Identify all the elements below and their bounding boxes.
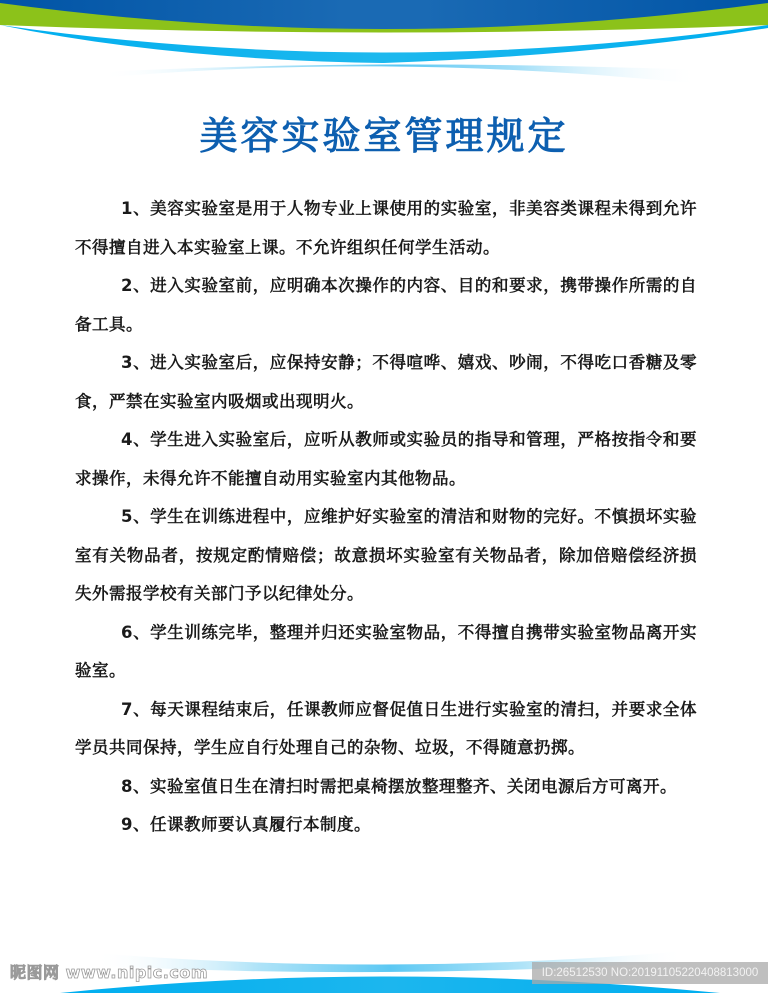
rule-item-2: 2、进入实验室前，应明确本次操作的内容、目的和要求，携带操作所需的自备工具。: [75, 267, 697, 344]
header-wave-decoration: [0, 0, 768, 100]
rule-item-3: 3、进入实验室后，应保持安静；不得喧哗、嬉戏、吵闹，不得吃口香糖及零食，严禁在实…: [75, 344, 697, 421]
site-watermark: 昵图网 www.nipic.com: [10, 960, 208, 983]
rule-item-8: 8、实验室值日生在清扫时需把桌椅摆放整理整齐、关闭电源后方可离开。: [75, 768, 697, 807]
image-id-watermark: ID:26512530 NO:20191105220408813000: [532, 962, 768, 984]
rule-item-1: 1、美容实验室是用于人物专业上课使用的实验室，非美容类课程未得到允许不得擅自进入…: [75, 190, 697, 267]
page-title: 美容实验室管理规定: [0, 108, 768, 164]
rule-item-4: 4、学生进入实验室后，应听从教师或实验员的指导和管理，严格按指令和要求操作，未得…: [75, 421, 697, 498]
rule-item-9: 9、任课教师要认真履行本制度。: [75, 806, 697, 845]
rules-list: 1、美容实验室是用于人物专业上课使用的实验室，非美容类课程未得到允许不得擅自进入…: [75, 190, 697, 845]
rule-item-7: 7、每天课程结束后，任课教师应督促值日生进行实验室的清扫，并要求全体学员共同保持…: [75, 691, 697, 768]
rule-item-6: 6、学生训练完毕，整理并归还实验室物品，不得擅自携带实验室物品离开实验室。: [75, 614, 697, 691]
rule-item-5: 5、学生在训练进程中，应维护好实验室的清洁和财物的完好。不慎损坏实验室有关物品者…: [75, 498, 697, 614]
